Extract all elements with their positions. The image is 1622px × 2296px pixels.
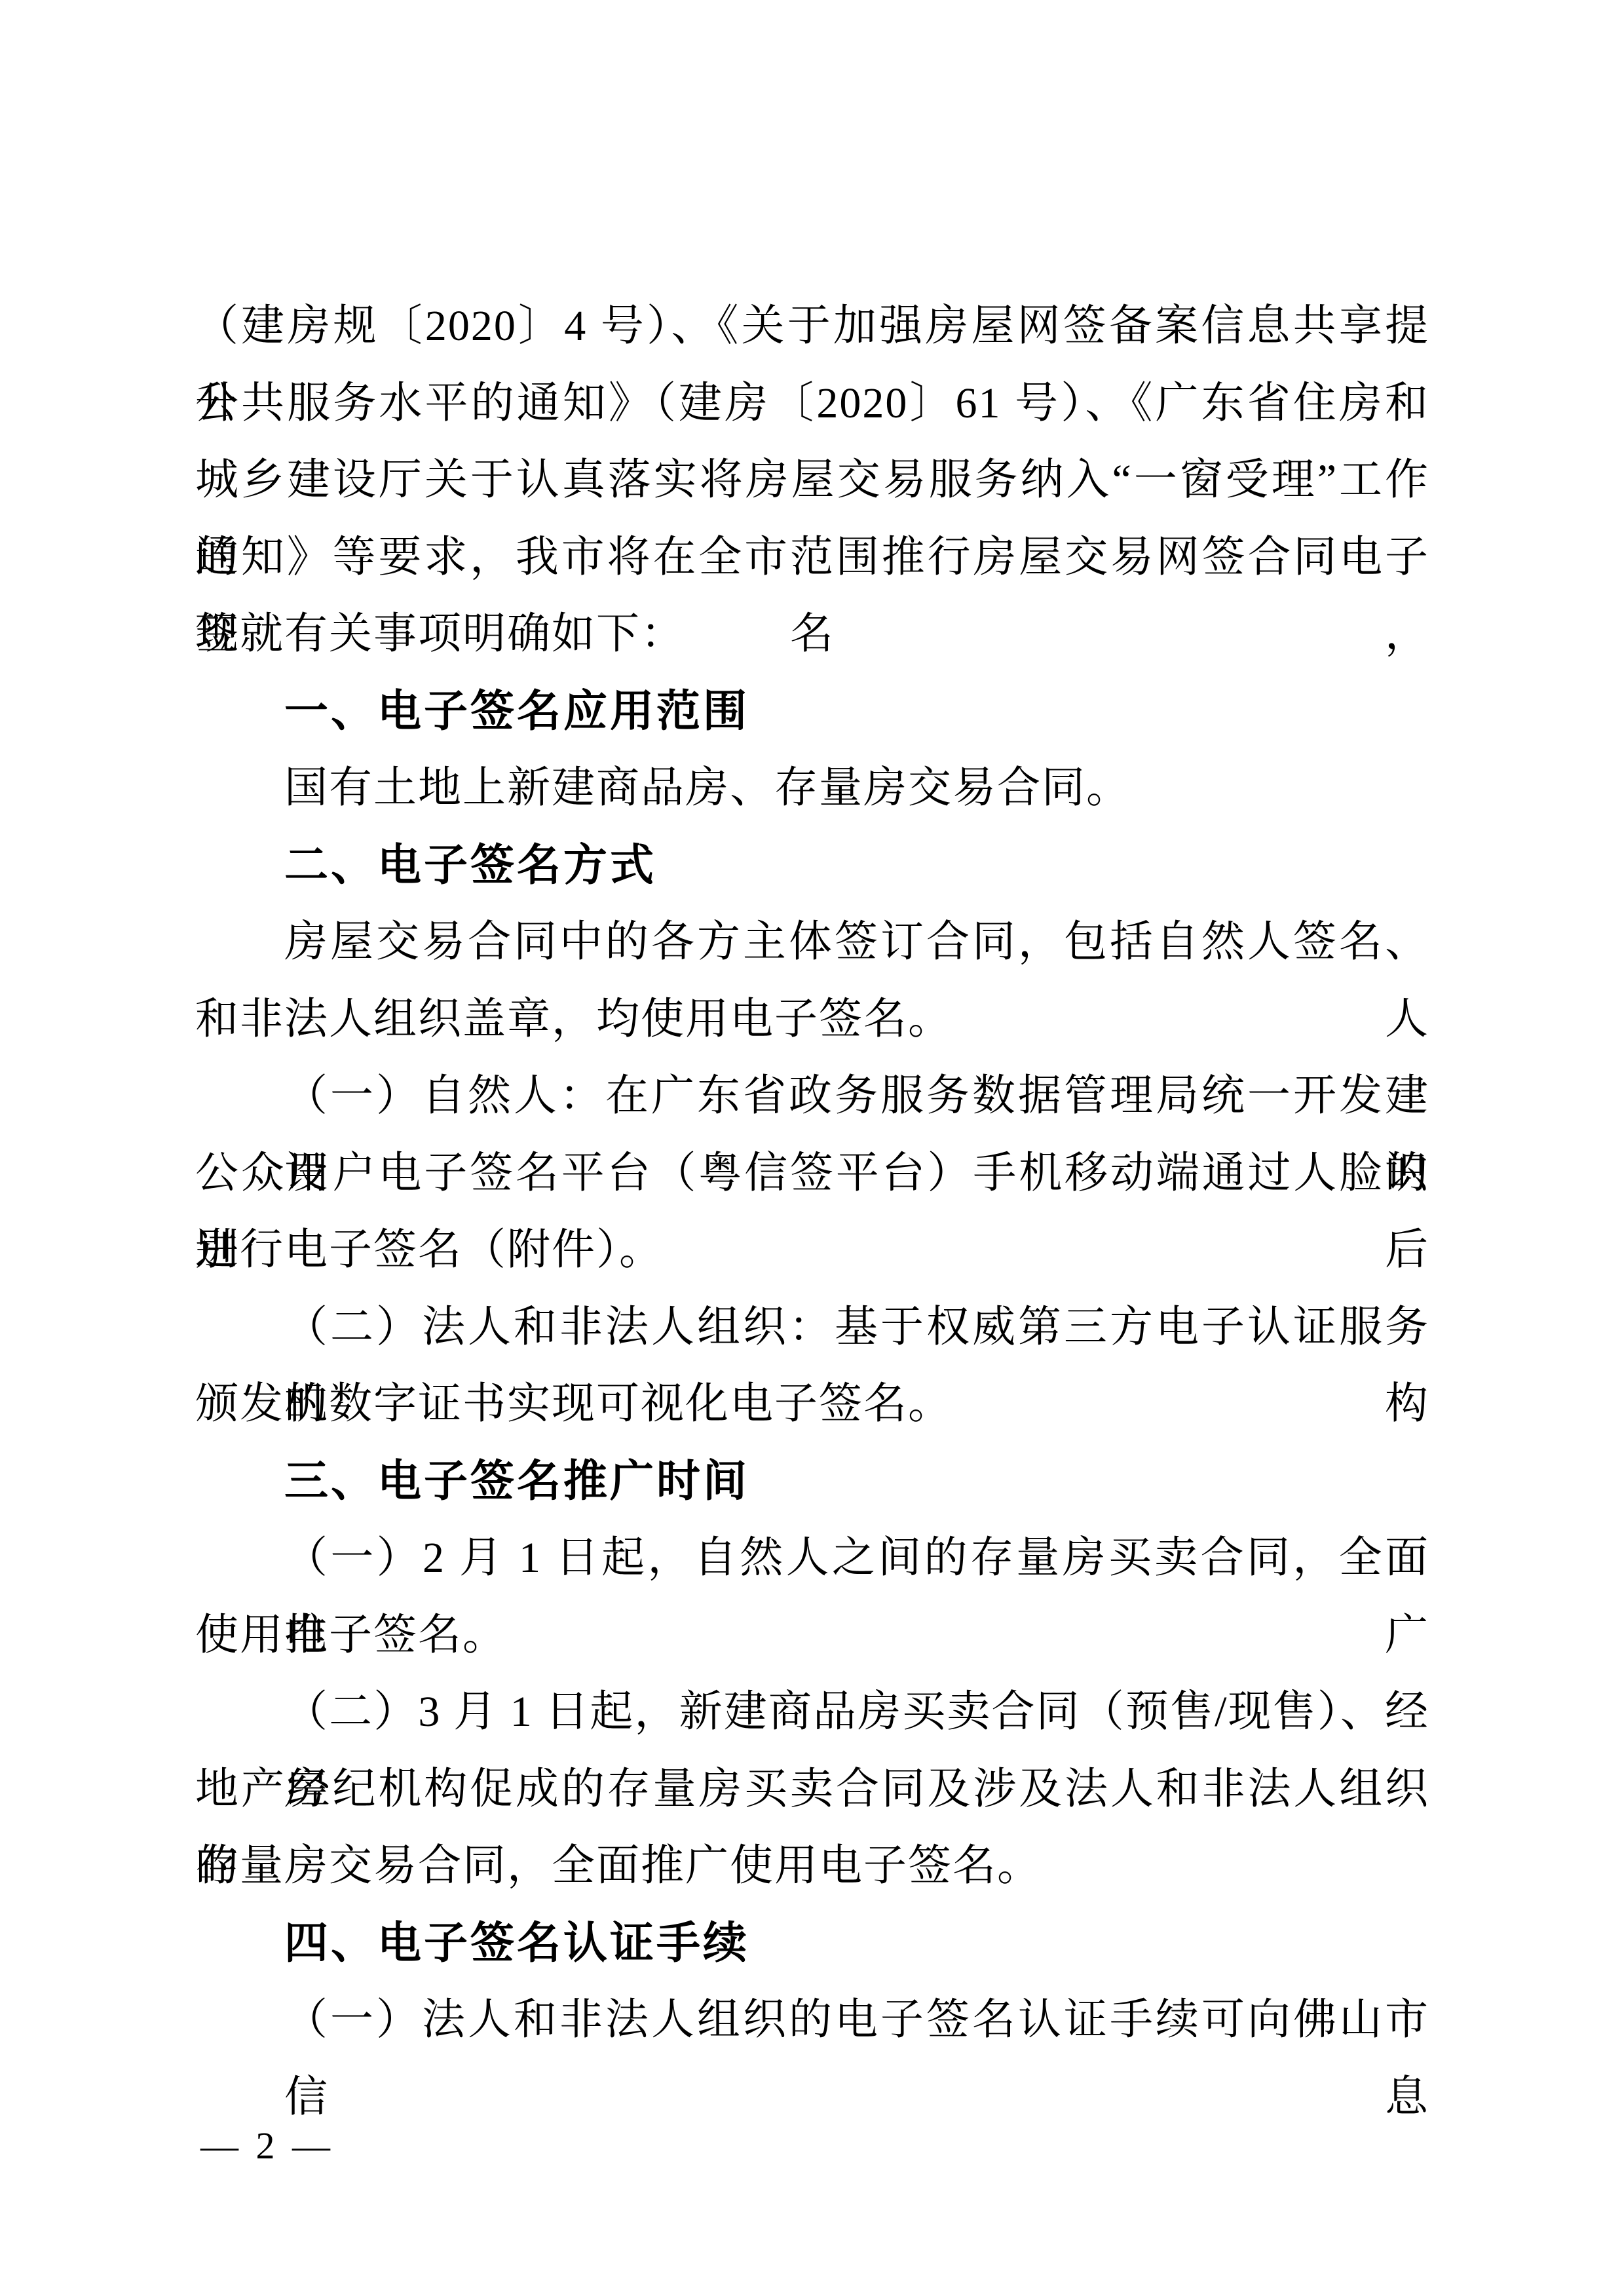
body-line: （一）法人和非法人组织的电子签名认证手续可向佛山市信息 — [195, 1981, 1429, 2059]
body-line: （建房规〔2020〕4 号）、《关于加强房屋网签备案信息共享提升 — [195, 288, 1429, 365]
body-line: 城乡建设厅关于认真落实将房屋交易服务纳入“一窗受理”工作的 — [195, 442, 1429, 519]
document-page: （建房规〔2020〕4 号）、《关于加强房屋网签备案信息共享提升 公共服务水平的… — [0, 0, 1622, 2296]
body-line: 公众用户电子签名平台（粤信签平台）手机移动端通过人脸识别后 — [195, 1135, 1429, 1212]
section-heading-1: 一、电子签名应用范围 — [195, 673, 1429, 750]
body-line: 公共服务水平的通知》（建房〔2020〕61 号）、《广东省住房和 — [195, 365, 1429, 442]
section-heading-2: 二、电子签名方式 — [195, 827, 1429, 904]
body-line: 地产经纪机构促成的存量房买卖合同及涉及法人和非法人组织的 — [195, 1751, 1429, 1828]
body-line: （二）3 月 1 日起，新建商品房买卖合同（预售/现售）、经房 — [195, 1674, 1429, 1751]
body-line: 房屋交易合同中的各方主体签订合同，包括自然人签名、法人 — [195, 904, 1429, 981]
body-line: 存量房交易合同，全面推广使用电子签名。 — [195, 1827, 1429, 1905]
section-heading-4: 四、电子签名认证手续 — [195, 1905, 1429, 1982]
body-line: 通知》等要求，我市将在全市范围推行房屋交易网签合同电子签名， — [195, 519, 1429, 596]
text-block: （建房规〔2020〕4 号）、《关于加强房屋网签备案信息共享提升 公共服务水平的… — [195, 288, 1429, 2059]
body-line: （二）法人和非法人组织：基于权威第三方电子认证服务机构 — [195, 1289, 1429, 1366]
body-line: （一）2 月 1 日起，自然人之间的存量房买卖合同，全面推广 — [195, 1520, 1429, 1597]
body-line: （一）自然人：在广东省政务服务数据管理局统一开发建设的 — [195, 1058, 1429, 1135]
body-line: 国有土地上新建商品房、存量房交易合同。 — [195, 750, 1429, 827]
page-number: — 2 — — [200, 2127, 334, 2165]
section-heading-3: 三、电子签名推广时间 — [195, 1443, 1429, 1520]
